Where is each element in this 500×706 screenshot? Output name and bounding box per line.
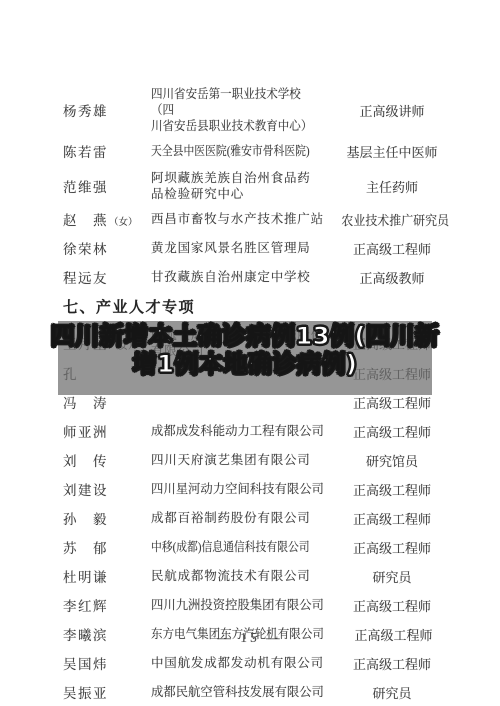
title-cell: 正高级工程师 xyxy=(337,654,447,673)
organization-cell: 中国航发成都发动机有限公司 xyxy=(151,655,337,671)
organization-cell: 阿坝藏族羌族自治州食品药 品检验研究中心 xyxy=(151,170,337,202)
name-cell: 冯 涛 xyxy=(63,392,151,412)
organization-cell: 成都成发科能动力工程有限公司 xyxy=(151,423,335,439)
table-row: 赵 燕（女）西昌市畜牧与水产技术推广站农业技术推广研究员 xyxy=(63,209,447,229)
organization-cell: 四川九洲投资控股集团有限公司 xyxy=(151,597,335,613)
name-cell: 程远友 xyxy=(63,267,151,287)
name-cell: 刘建设 xyxy=(63,479,151,499)
organization-cell: 成都百裕制药股份有限公司 xyxy=(151,510,337,526)
organization-cell: 甘孜藏族自治州康定中学校 xyxy=(151,269,337,285)
table-row: 范维强阿坝藏族羌族自治州食品药 品检验研究中心主任药师 xyxy=(63,170,447,202)
name-cell: 师亚洲 xyxy=(63,421,151,441)
organization-cell: 黄龙国家风景名胜区管理局 xyxy=(151,240,337,256)
headline-line-1: 四川新增本土确诊病例13例(四川新 xyxy=(44,322,446,350)
organization-cell: 西昌市畜牧与水产技术推广站 xyxy=(151,211,337,227)
organization-cell: 中移(成都)信息通信科技有限公司 xyxy=(151,539,312,555)
roster-top-rows: 杨秀雄四川省安岳第一职业技术学校（四 川省安岳县职业技术教育中心）正高级讲师陈若… xyxy=(63,86,447,287)
organization-cell: 民航成都物流技术有限公司 xyxy=(151,568,337,584)
table-row: 刘建设四川星河动力空间科技有限公司正高级工程师 xyxy=(63,479,447,499)
document-page: 杨秀雄四川省安岳第一职业技术学校（四 川省安岳县职业技术教育中心）正高级讲师陈若… xyxy=(0,0,500,706)
page-number: — 15 — xyxy=(0,630,500,646)
title-cell: 正高级工程师 xyxy=(337,480,447,499)
organization-cell: 四川星河动力空间科技有限公司 xyxy=(151,481,335,497)
title-cell: 正高级讲师 xyxy=(337,101,447,120)
table-row: 杜明谦民航成都物流技术有限公司研究员 xyxy=(63,566,447,586)
title-cell: 研究员 xyxy=(337,567,447,586)
table-row: 师亚洲成都成发科能动力工程有限公司正高级工程师 xyxy=(63,421,447,441)
headline-overlay-banner: 四川新增本土确诊病例13例(四川新 增1例本地确诊病例) xyxy=(58,321,432,395)
organization-cell: 四川天府演艺集团有限公司 xyxy=(151,452,337,468)
gender-suffix: （女） xyxy=(109,218,138,228)
title-cell: 正高级教师 xyxy=(337,268,447,287)
headline-text: 四川新增本土确诊病例13例(四川新 增1例本地确诊病例) xyxy=(44,322,446,378)
table-row: 徐荣林黄龙国家风景名胜区管理局正高级工程师 xyxy=(63,238,447,258)
table-row: 刘 传四川天府演艺集团有限公司研究馆员 xyxy=(63,450,447,470)
name-cell: 范维强 xyxy=(63,176,151,196)
name-cell: 孙 毅 xyxy=(63,508,151,528)
name-cell: 徐荣林 xyxy=(63,238,151,258)
name-cell: 苏 郁 xyxy=(63,537,151,557)
title-cell: 研究员 xyxy=(337,683,447,702)
name-cell: 李红辉 xyxy=(63,595,151,615)
table-row: 苏 郁中移(成都)信息通信科技有限公司正高级工程师 xyxy=(63,537,447,557)
section-heading: 七、产业人才专项 xyxy=(63,296,447,317)
title-cell: 研究馆员 xyxy=(337,451,447,470)
name-cell: 吴国炜 xyxy=(63,653,151,673)
table-row: 孙 毅成都百裕制药股份有限公司正高级工程师 xyxy=(63,508,447,528)
name-cell: 杜明谦 xyxy=(63,566,151,586)
table-row: 杨秀雄四川省安岳第一职业技术学校（四 川省安岳县职业技术教育中心）正高级讲师 xyxy=(63,86,447,134)
name-cell: 吴振亚 xyxy=(63,682,151,702)
table-row: 程远友甘孜藏族自治州康定中学校正高级教师 xyxy=(63,267,447,287)
name-cell: 陈若雷 xyxy=(63,141,151,161)
organization-cell: 天全县中医医院(雅安市骨科医院) xyxy=(151,143,312,159)
title-cell: 正高级工程师 xyxy=(337,596,447,615)
title-cell: 正高级工程师 xyxy=(337,239,447,258)
organization-cell: 四川省安岳第一职业技术学校（四 川省安岳县职业技术教育中心） xyxy=(151,86,322,134)
headline-line-2: 增1例本地确诊病例) xyxy=(44,350,446,378)
title-cell: 正高级工程师 xyxy=(337,422,447,441)
name-cell: 杨秀雄 xyxy=(63,100,151,120)
title-cell: 农业技术推广研究员 xyxy=(341,210,442,229)
title-cell: 正高级工程师 xyxy=(337,538,447,557)
title-cell: 正高级工程师 xyxy=(337,509,447,528)
name-cell: 赵 燕（女） xyxy=(63,209,151,229)
table-row: 吴振亚成都民航空管科技发展有限公司研究员 xyxy=(63,682,447,702)
title-cell: 主任药师 xyxy=(337,177,447,196)
name-cell: 刘 传 xyxy=(63,450,151,470)
table-row: 吴国炜中国航发成都发动机有限公司正高级工程师 xyxy=(63,653,447,673)
title-cell: 正高级工程师 xyxy=(337,393,447,412)
table-row: 李红辉四川九洲投资控股集团有限公司正高级工程师 xyxy=(63,595,447,615)
organization-cell: 成都民航空管科技发展有限公司 xyxy=(151,684,335,700)
title-cell: 基层主任中医师 xyxy=(337,142,447,161)
table-row: 冯 涛正高级工程师 xyxy=(63,392,447,412)
roster-table: 杨秀雄四川省安岳第一职业技术学校（四 川省安岳县职业技术教育中心）正高级讲师陈若… xyxy=(63,86,447,706)
table-row: 陈若雷天全县中医医院(雅安市骨科医院)基层主任中医师 xyxy=(63,141,447,161)
